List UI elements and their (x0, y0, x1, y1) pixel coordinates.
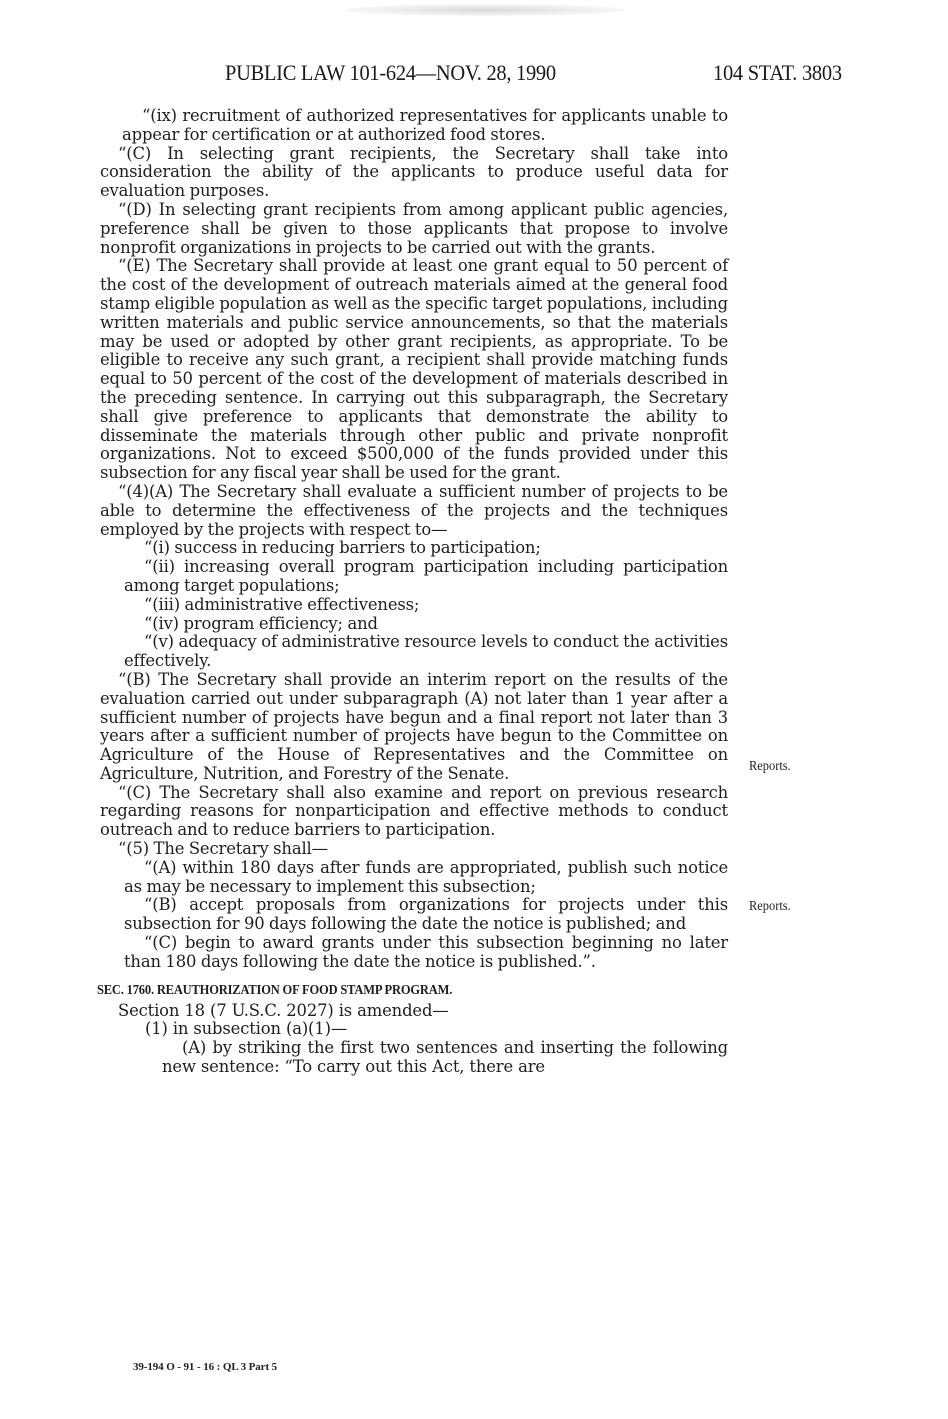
clause-4a-iv: “(iv) program efficiency; and (100, 615, 728, 634)
clause-4a-ii: “(ii) increasing overall program partici… (100, 558, 728, 596)
subparagraph-4c: “(C) The Secretary shall also examine an… (100, 784, 728, 840)
margin-note-reports: Reports. (749, 758, 791, 774)
subparagraph-c: “(C) In selecting grant recipients, the … (100, 145, 728, 201)
margin-note-reports: Reports. (749, 898, 791, 914)
clause-4a-iii: “(iii) administrative effectiveness; (100, 596, 728, 615)
clause-ix: “(ix) recruitment of authorized represen… (100, 107, 728, 145)
paragraph-4a: “(4)(A) The Secretary shall evaluate a s… (100, 483, 728, 539)
section-heading: SEC. 1760. REAUTHORIZATION OF FOOD STAMP… (97, 982, 678, 998)
document-body: “(ix) recruitment of authorized represen… (100, 107, 728, 1077)
subparagraph-5b: “(B) accept proposals from organizations… (100, 896, 728, 934)
subparagraph-4b: “(B) The Secretary shall provide an inte… (100, 671, 728, 784)
clause-4a-v: “(v) adequacy of administrative resource… (100, 633, 728, 671)
law-title: PUBLIC LAW 101-624—NOV. 28, 1990 (225, 60, 556, 86)
stat-page-number: 104 STAT. 3803 (713, 60, 842, 86)
paragraph-5: “(5) The Secretary shall— (100, 840, 728, 859)
section-intro: Section 18 (7 U.S.C. 2027) is amended— (100, 1002, 728, 1021)
subparagraph-5c: “(C) begin to award grants under this su… (100, 934, 728, 972)
subparagraph-e: “(E) The Secretary shall provide at leas… (100, 257, 728, 483)
amendment-item-1: (1) in subsection (a)(1)— (100, 1020, 728, 1039)
printer-code-footer: 39-194 O - 91 - 16 : QL 3 Part 5 (133, 1361, 277, 1373)
clause-4a-i: “(i) success in reducing barriers to par… (100, 539, 728, 558)
amendment-item-1a: (A) by striking the first two sentences … (80, 1039, 728, 1077)
subparagraph-d: “(D) In selecting grant recipients from … (100, 201, 728, 257)
page-header: PUBLIC LAW 101-624—NOV. 28, 1990 104 STA… (0, 60, 948, 90)
scan-smudge (345, 4, 625, 16)
subparagraph-5a: “(A) within 180 days after funds are app… (100, 859, 728, 897)
